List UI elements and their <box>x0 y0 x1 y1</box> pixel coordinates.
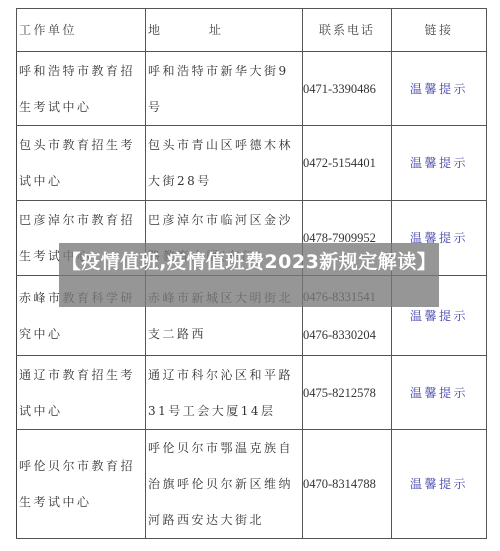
address-cell: 呼和浩特市新华大街9号 <box>146 52 303 126</box>
tips-link[interactable]: 温馨提示 <box>410 386 468 400</box>
table-row: 包头市教育招生考试中心 包头市青山区呼德木林大街28号 0472-5154401… <box>17 126 487 201</box>
link-cell: 温馨提示 <box>392 356 487 430</box>
phone-cell: 0472-5154401 <box>303 126 392 201</box>
link-cell: 温馨提示 <box>392 430 487 539</box>
header-link: 链接 <box>392 9 487 52</box>
phone-number: 0471-3390486 <box>303 70 391 108</box>
phone-cell: 0471-3390486 <box>303 52 392 126</box>
table-header-row: 工作单位 地 址 联系电话 链接 <box>17 9 487 52</box>
table-row: 呼伦贝尔市教育招生考试中心 呼伦贝尔市鄂温克族自治旗呼伦贝尔新区维纳河路西安达大… <box>17 430 487 539</box>
link-cell: 温馨提示 <box>392 126 487 201</box>
phone-number: 0476-8330204 <box>303 316 391 354</box>
table-row: 呼和浩特市教育招生考试中心 呼和浩特市新华大街9号 0471-3390486 温… <box>17 52 487 126</box>
tips-link[interactable]: 温馨提示 <box>410 477 468 491</box>
work-unit-cell: 通辽市教育招生考试中心 <box>17 356 146 430</box>
title-banner: 【疫情值班,疫情值班费2023新规定解读】 <box>59 243 439 307</box>
header-phone: 联系电话 <box>303 9 392 52</box>
address-cell: 呼伦贝尔市鄂温克族自治旗呼伦贝尔新区维纳河路西安达大街北 <box>146 430 303 539</box>
work-unit-cell: 包头市教育招生考试中心 <box>17 126 146 201</box>
address-cell: 通辽市科尔沁区和平路31号工会大厦14层 <box>146 356 303 430</box>
work-unit-cell: 呼和浩特市教育招生考试中心 <box>17 52 146 126</box>
phone-number: 0470-8314788 <box>303 465 391 503</box>
address-cell: 包头市青山区呼德木林大街28号 <box>146 126 303 201</box>
tips-link[interactable]: 温馨提示 <box>410 156 468 170</box>
link-cell: 温馨提示 <box>392 52 487 126</box>
tips-link[interactable]: 温馨提示 <box>410 309 468 323</box>
header-work-unit: 工作单位 <box>17 9 146 52</box>
header-address: 地 址 <box>146 9 303 52</box>
work-unit-cell: 呼伦贝尔市教育招生考试中心 <box>17 430 146 539</box>
phone-number: 0475-8212578 <box>303 374 391 412</box>
phone-cell: 0475-8212578 <box>303 356 392 430</box>
table-row: 通辽市教育招生考试中心 通辽市科尔沁区和平路31号工会大厦14层 0475-82… <box>17 356 487 430</box>
phone-number: 0472-5154401 <box>303 144 391 182</box>
phone-cell: 0470-8314788 <box>303 430 392 539</box>
tips-link[interactable]: 温馨提示 <box>410 82 468 96</box>
